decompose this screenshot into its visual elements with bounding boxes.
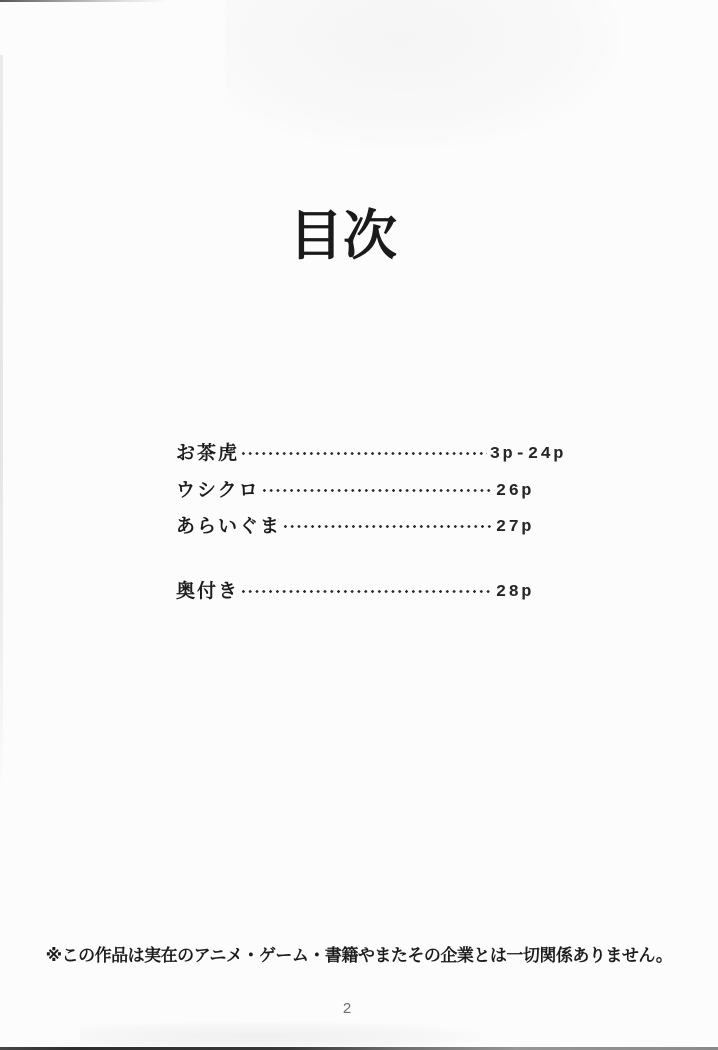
toc-entry-label: あらいぐま [176,516,281,537]
toc-entry: あらいぐま 27p [176,516,534,537]
toc-entry: 奥付き 28p [176,581,534,602]
page-title: 目次 [289,207,397,265]
toc-entry-pages: 26p [496,482,534,501]
table-of-contents: お茶虎 3p-24p ウシクロ 26p あらいぐま 27p 奥付き 28p [176,443,566,602]
dot-leader [282,516,493,537]
dot-leader [240,581,493,602]
toc-entry-pages: 28p [496,583,534,602]
toc-entry-label: ウシクロ [176,480,260,501]
dot-leader [240,443,487,464]
scanned-toc-page: 目次 お茶虎 3p-24p ウシクロ 26p あらいぐま 27p 奥付き 28p… [0,0,718,1050]
toc-entry-label: お茶虎 [176,443,239,464]
dot-leader [261,480,493,501]
scan-artifact-top-streak [0,0,168,2]
disclaimer-text: ※この作品は実在のアニメ・ゲーム・書籍やまたその企業とは一切関係ありません。 [0,944,718,967]
toc-entry: お茶虎 3p-24p [176,443,566,464]
toc-entry-label: 奥付き [176,581,239,602]
scan-artifact-bottom-smudge [80,1022,480,1046]
toc-entry-pages: 3p-24p [490,445,566,464]
toc-entry-pages: 27p [496,518,534,537]
page-number: 2 [327,1000,367,1017]
toc-entry: ウシクロ 26p [176,480,534,501]
scan-artifact-top-smudge [225,0,620,150]
scan-artifact-left-edge [0,55,3,795]
